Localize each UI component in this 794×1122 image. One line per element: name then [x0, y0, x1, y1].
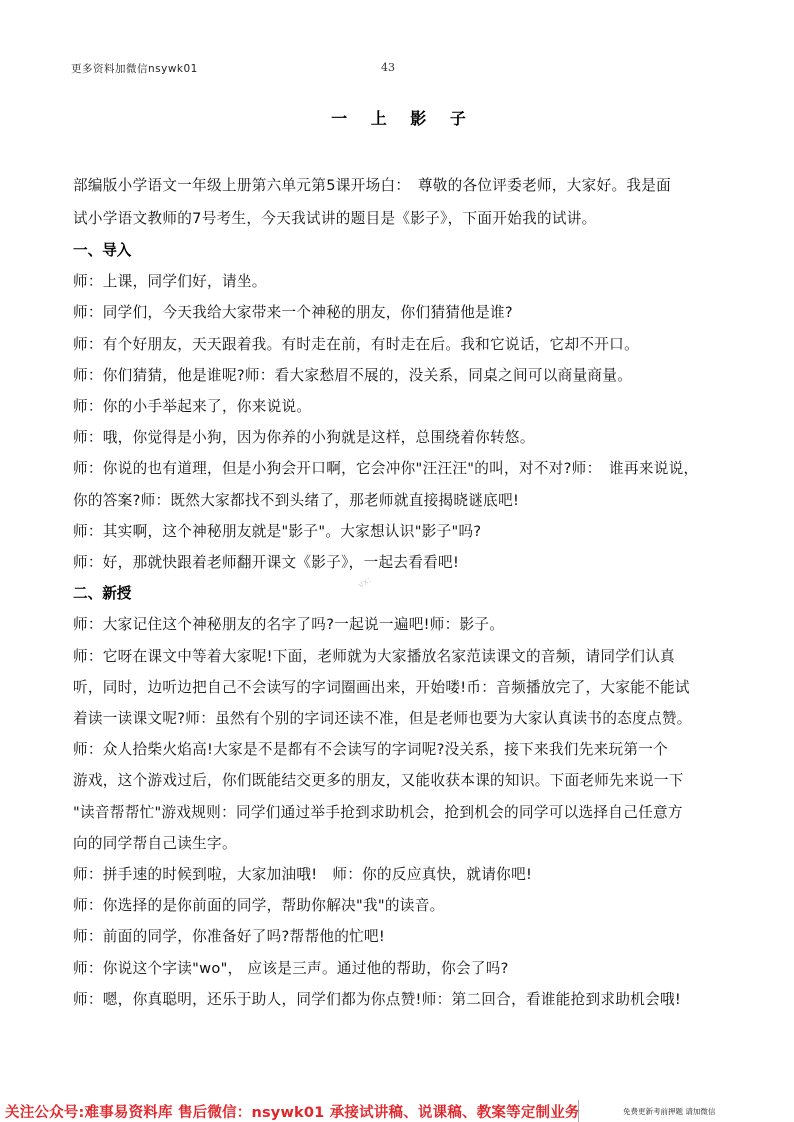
dialogue-line: 师：哦，你觉得是小狗，因为你养的小狗就是这样，总围绕着你转悠。	[73, 422, 723, 453]
dialogue-line: 师：你们猜猜，他是谁呢?师：看大家愁眉不展的，没关系，同桌之间可以商量商量。	[73, 360, 723, 391]
dialogue-line: 师：你说这个字读"wo"， 应该是三声。通过他的帮助，你会了吗?	[73, 953, 723, 984]
footer-promo-text: 关注公众号:难事易资料库 售后微信：nsywk01 承接试讲稿、说课稿、教案等定…	[5, 1101, 580, 1122]
intro-line-1: 部编版小学语文一年级上册第六单元第5课开场白： 尊敬的各位评委老师，大家好。我是…	[73, 170, 723, 203]
dialogue-line: 师：拼手速的时候到啦，大家加油哦! 师：你的反应真快，就请你吧!	[73, 859, 723, 890]
dialogue-line: 师：同学们，今天我给大家带来一个神秘的朋友，你们猜猜他是谁?	[73, 297, 723, 328]
dialogue-line: 师：好，那就快跟着老师翻开课文《影子》，一起去看看吧!	[73, 547, 723, 578]
dialogue-line: 你的答案?师：既然大家都找不到头绪了，那老师就直接揭晓谜底吧!	[73, 485, 723, 516]
dialogue-line: 师：上课，同学们好，请坐。	[73, 266, 723, 297]
dialogue-line: 向的同学帮自己读生字。	[73, 828, 723, 859]
document-body: 部编版小学语文一年级上册第六单元第5课开场白： 尊敬的各位评委老师，大家好。我是…	[73, 170, 723, 1015]
dialogue-line: 听，同时，边听边把自己不会读写的字词圈画出来，开始喽!币：音频播放完了，大家能不…	[73, 672, 723, 703]
dialogue-line: 师：前面的同学，你准备好了吗?帮帮他的忙吧!	[73, 921, 723, 952]
footer-right-text: 免费更新考前押题 请加微信	[623, 1106, 715, 1117]
dialogue-line: 师：其实啊，这个神秘朋友就是"影子"。大家想认识"影子"吗?	[73, 516, 723, 547]
dialogue-line: "读音帮帮忙"游戏规则：同学们通过举手抢到求助机会，抢到机会的同学可以选择自己任…	[73, 797, 723, 828]
intro-line-2: 试小学语文教师的7号考生，今天我试讲的题目是《影子》，下面开始我的试讲。	[73, 203, 723, 236]
dialogue-line: 师：你的小手举起来了，你来说说。	[73, 391, 723, 422]
header-contact-text: 更多资料加微信nsywk01	[71, 61, 198, 76]
dialogue-line: 师：你说的也有道理，但是小狗会开口啊，它会冲你"汪汪汪"的叫，对不对?师： 谁再…	[73, 453, 723, 484]
dialogue-line: 游戏，这个游戏过后，你们既能结交更多的朋友，又能收获本课的知识。下面老师先来说一…	[73, 765, 723, 796]
dialogue-line: 着读一读课文呢?师：虽然有个别的字词还读不准，但是老师也要为大家认真读书的态度点…	[73, 703, 723, 734]
dialogue-line: 师：它呀在课文中等着大家呢!下面，老师就为大家播放名家范读课文的音频，请同学们认…	[73, 641, 723, 672]
section-heading-intro: 一、导入	[73, 235, 723, 266]
section-heading-new-lesson: 二、新授	[73, 578, 723, 609]
footer-divider	[578, 1100, 579, 1122]
dialogue-line: 师：有个好朋友，天天跟着我。有时走在前，有时走在后。我和它说话，它却不开口。	[73, 329, 723, 360]
dialogue-line: 师：嗯，你真聪明，还乐于助人，同学们都为你点赞!师：第二回合，看谁能抢到求助机会…	[73, 984, 723, 1015]
dialogue-line: 师：你选择的是你前面的同学，帮助你解决"我"的读音。	[73, 890, 723, 921]
footer-banner: 关注公众号:难事易资料库 售后微信：nsywk01 承接试讲稿、说课稿、教案等定…	[0, 1100, 794, 1122]
page-title: 一 上 影 子	[0, 106, 794, 129]
dialogue-line: 师：大家记住这个神秘朋友的名字了吗?一起说一遍吧!师：影子。	[73, 609, 723, 640]
page-number: 43	[381, 61, 395, 74]
dialogue-line: 师：众人拾柴火焰高!大家是不是都有不会读写的字词呢?没关系，接下来我们先来玩第一…	[73, 734, 723, 765]
